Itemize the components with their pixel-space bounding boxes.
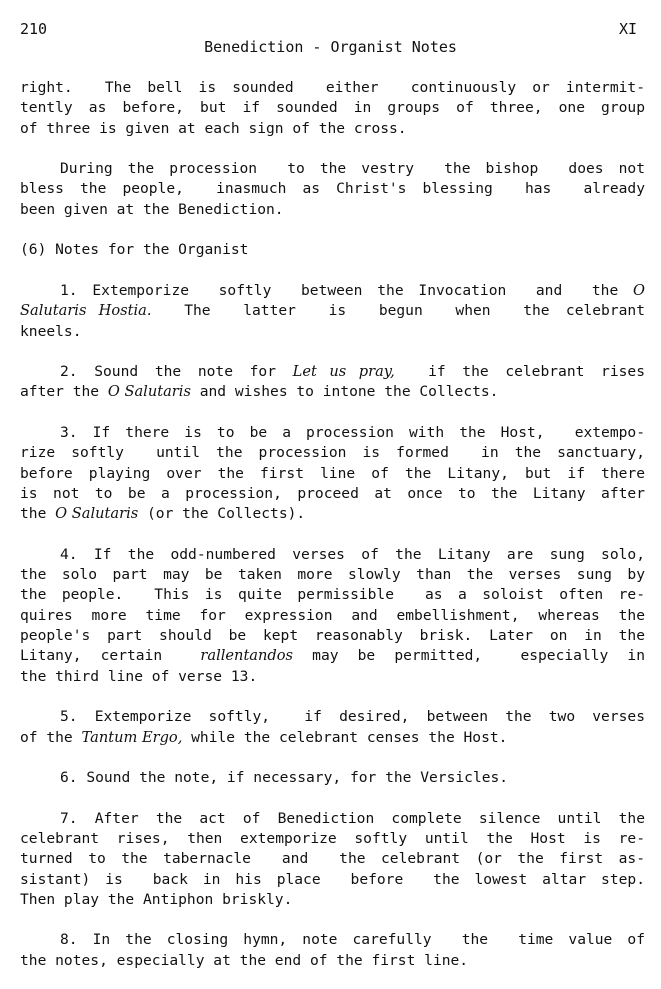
organist-note-8: 8. In the closing hymn, note carefully t… [20,930,645,971]
text-line: Then play the Antiphon briskly. [20,890,645,910]
text-line: quires more time for expression and embe… [20,606,645,626]
text-line: kneels. [20,322,645,342]
text-line: celebrant rises, then extemporize softly… [20,829,645,849]
chapter-number: XI [619,20,637,38]
text-line: of three is given at each sign of the cr… [20,119,645,139]
text-line: the third line of verse 13. [20,667,645,687]
text-line: rize softly until the procession is form… [20,443,645,463]
text-line: before playing over the first line of th… [20,464,645,484]
text-line: right. The bell is sounded either contin… [20,78,645,98]
text-line: 1. Extemporize softly between the Invoca… [20,281,645,301]
text-line: 4. If the odd-numbered verses of the Lit… [20,545,645,565]
section-heading: (6) Notes for the Organist [20,240,645,260]
italic-term: Let us pray, [293,363,395,380]
text-line: of the Tantum Ergo, while the celebrant … [20,728,645,748]
organist-note-7: 7. After the act of Benediction complete… [20,809,645,910]
paragraph-bell-continuation: right. The bell is sounded either contin… [20,78,645,139]
text-line: the people. This is quite permissible as… [20,585,645,605]
text-line: 2. Sound the note for Let us pray, if th… [20,362,645,382]
text-line: During the procession to the vestry the … [20,159,645,179]
text-line: turned to the tabernacle and the celebra… [20,849,645,869]
italic-term: Tantum Ergo, [82,729,183,746]
text-line: 7. After the act of Benediction complete… [20,809,645,829]
italic-term: Salutaris Hostia. [20,302,152,319]
text-line: the notes, especially at the end of the … [20,951,645,971]
organist-note-6: 6. Sound the note, if necessary, for the… [20,768,645,788]
italic-term: O [633,282,645,299]
text-line: bless the people, inasmuch as Christ's b… [20,179,645,199]
text-line: people's part should be kept reasonably … [20,626,645,646]
text-line: tently as before, but if sounded in grou… [20,98,645,118]
text-line: 3. If there is to be a procession with t… [20,423,645,443]
text-line: sistant) is back in his place before the… [20,870,645,890]
running-title: Benediction - Organist Notes [0,38,661,56]
paragraph-procession-vestry: During the procession to the vestry the … [20,159,645,220]
organist-note-5: 5. Extemporize softly, if desired, betwe… [20,707,645,748]
body-text: right. The bell is sounded either contin… [20,78,645,989]
text-line: after the O Salutaris and wishes to into… [20,382,645,402]
organist-note-1: 1. Extemporize softly between the Invoca… [20,281,645,342]
organist-notes-list: 1. Extemporize softly between the Invoca… [20,281,645,971]
text-line: Litany, certain rallentandos may be perm… [20,646,645,666]
italic-term: rallentandos [200,647,293,664]
page-number: 210 [20,20,47,38]
organist-note-3: 3. If there is to be a procession with t… [20,423,645,524]
text-line: the O Salutaris (or the Collects). [20,504,645,524]
italic-term: O Salutaris [108,383,191,400]
italic-term: O Salutaris [55,505,138,522]
text-line: 8. In the closing hymn, note carefully t… [20,930,645,950]
text-line: 5. Extemporize softly, if desired, betwe… [20,707,645,727]
text-line: been given at the Benediction. [20,200,645,220]
text-line: the solo part may be taken more slowly t… [20,565,645,585]
text-line: 6. Sound the note, if necessary, for the… [20,768,645,788]
organist-note-2: 2. Sound the note for Let us pray, if th… [20,362,645,403]
text-line: is not to be a procession, proceed at on… [20,484,645,504]
organist-note-4: 4. If the odd-numbered verses of the Lit… [20,545,645,687]
document-page: 210 XI Benediction - Organist Notes righ… [0,0,661,989]
text-line: Salutaris Hostia. The latter is begun wh… [20,301,645,321]
